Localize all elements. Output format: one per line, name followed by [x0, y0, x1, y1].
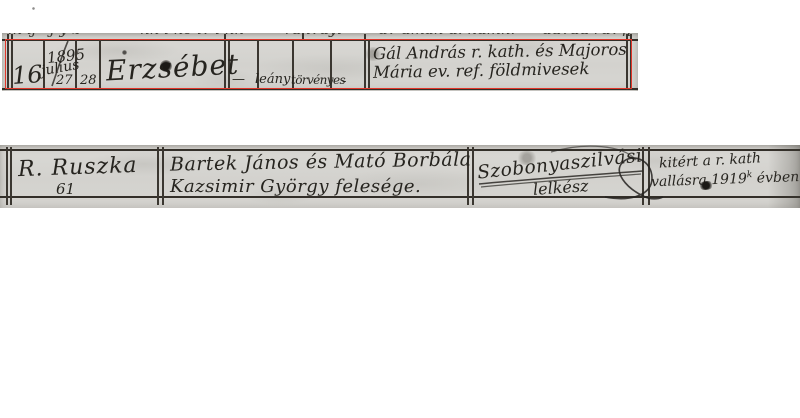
column-divider: [630, 34, 632, 90]
note-line1: kitért a r. kath: [659, 151, 762, 170]
child-name: Erzsébet: [105, 51, 240, 86]
ink-speck: [32, 7, 35, 10]
column-divider: [302, 33, 304, 40]
parents-entry-line2: Mária ev. ref. földmivesek: [373, 61, 590, 81]
column-divider: [162, 147, 164, 205]
godparents-line2: Kazsimir György felesége.: [170, 178, 421, 196]
godparents-line1: Bartek János és Mató Borbála: [170, 150, 472, 174]
house-number: 61: [56, 182, 75, 197]
column-divider: [364, 34, 366, 90]
column-divider: [7, 34, 9, 90]
legitimacy-entry: törvényes: [291, 74, 345, 86]
cutoff-fragment: nn i no iv i nn: [140, 33, 244, 37]
ink-blot: [699, 181, 713, 190]
cutoff-fragment: uv uman u. numn.: [378, 33, 515, 37]
cutoff-fragment: ranvuyl: [285, 33, 342, 37]
column-divider: [10, 147, 12, 205]
dash-mark: —: [232, 73, 245, 86]
signature-flourish: [455, 145, 670, 208]
row-bottom-border: [2, 88, 638, 90]
ink-blot: [160, 60, 172, 72]
cutoff-fragment: j y z: [50, 33, 81, 37]
dash-mark: -: [342, 75, 346, 88]
column-divider: [99, 40, 101, 89]
note-line2: vallásra 1919k évben: [651, 169, 800, 189]
residence-name: R. Ruszka: [18, 155, 138, 181]
scanned-register-page: m ij j y z nn i no iv i nn ranvuyl — uv …: [0, 0, 800, 418]
baptism-day: 28: [80, 74, 97, 87]
note-line2-text: évben: [752, 169, 799, 187]
sex-entry: leány: [255, 73, 290, 86]
column-divider: [157, 147, 159, 205]
ink-speck: [122, 50, 127, 55]
entry-number: 16: [11, 62, 43, 88]
column-divider: [6, 147, 8, 205]
register-strip-bottom: R. Ruszka 61 Bartek János és Mató Borbál…: [0, 145, 800, 208]
birth-day: 27: [56, 74, 73, 87]
register-strip-top: m ij j y z nn i no iv i nn ranvuyl — uv …: [2, 33, 638, 91]
